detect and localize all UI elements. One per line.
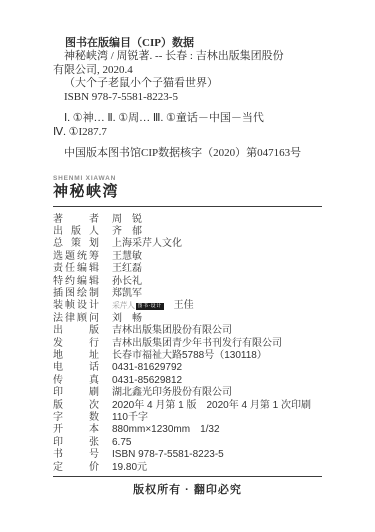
cip-catalog-paragraph: 神秘峡湾 / 周锐著. -- 长春 : 吉林出版集团股份 有限公司, 2020.… — [53, 50, 322, 104]
row-legal-counsel: 法律顾问 刘 畅 — [53, 313, 322, 325]
copyright-notice: 版权所有 · 翻印必究 — [53, 484, 322, 497]
row-label: 出版人 — [53, 226, 99, 238]
row-value: 6.75 — [112, 437, 131, 449]
row-label: 插图绘制 — [53, 288, 99, 300]
row-label: 法律顾问 — [53, 313, 99, 325]
row-topic-coordinator: 选题统筹 王慧敏 — [53, 251, 322, 263]
row-value: 0431-81629792 — [112, 362, 182, 374]
row-author: 著者 周 锐 — [53, 214, 322, 226]
row-telephone: 电话 0431-81629792 — [53, 362, 322, 374]
cip-header: 图书在版编目（CIP）数据 — [53, 36, 322, 50]
row-value: 吉林出版集团股份有限公司 — [112, 325, 232, 337]
row-value: 湖北鑫光印务股份有限公司 — [112, 387, 232, 399]
row-value: 齐 郁 — [112, 226, 142, 238]
row-label: 书号 — [53, 449, 99, 461]
cip-line-series: （大个子老鼠小个子猫看世界） — [53, 77, 322, 91]
cip-line-publisher-year: 有限公司, 2020.4 — [53, 64, 322, 78]
row-sheets: 印张 6.75 — [53, 437, 322, 449]
colophon-list: 著者 周 锐 出版人 齐 郁 总策划 上海采芹人文化 选题统筹 王慧敏 责任编辑… — [53, 214, 322, 475]
row-value: ISBN 978-7-5581-8223-5 — [112, 449, 224, 461]
row-value: 110千字 — [112, 412, 148, 424]
row-value: 19.80元 — [112, 462, 147, 474]
row-value: 周 锐 — [112, 214, 142, 226]
row-label: 开本 — [53, 424, 99, 436]
row-label: 定价 — [53, 462, 99, 474]
row-value: 郑凯军 — [112, 288, 142, 300]
row-value: 吉林出版集团青少年书刊发行有限公司 — [112, 338, 282, 350]
row-value: 王红磊 — [112, 263, 142, 275]
row-value: 880mm×1230mm 1/32 — [112, 424, 220, 436]
row-label: 电话 — [53, 362, 99, 374]
masthead: SHENMI XIAWAN 神秘峡湾 — [53, 175, 322, 207]
row-word-count: 字数 110千字 — [53, 412, 322, 424]
row-label: 特约编辑 — [53, 276, 99, 288]
row-label: 责任编辑 — [53, 263, 99, 275]
row-label: 地址 — [53, 350, 99, 362]
row-design: 装帧设计 采芹人 图书·设计 王佳 — [53, 300, 322, 312]
row-value: 刘 畅 — [112, 313, 142, 325]
row-label: 版次 — [53, 400, 99, 412]
row-label: 出版 — [53, 325, 99, 337]
cip-classification-paragraph: Ⅰ. ①神… Ⅱ. ①周… Ⅲ. ①童话－中国－当代 Ⅳ. ①I287.7 — [53, 112, 322, 139]
row-isbn: 书号 ISBN 978-7-5581-8223-5 — [53, 449, 322, 461]
row-label: 装帧设计 — [53, 300, 99, 312]
row-label: 发行 — [53, 338, 99, 350]
design-studio-badge: 图书·设计 — [136, 303, 164, 310]
cip-line-title-author: 神秘峡湾 / 周锐著. -- 长春 : 吉林出版集团股份 — [53, 50, 322, 64]
row-value: 0431-85629812 — [112, 375, 182, 387]
row-publisher: 出版 吉林出版集团股份有限公司 — [53, 325, 322, 337]
row-responsible-editor: 责任编辑 王红磊 — [53, 263, 322, 275]
row-label: 印张 — [53, 437, 99, 449]
row-value: 上海采芹人文化 — [112, 238, 182, 250]
cip-line-class-1: Ⅰ. ①神… Ⅱ. ①周… Ⅲ. ①童话－中国－当代 — [53, 112, 322, 126]
row-distributor: 发行 吉林出版集团青少年书刊发行有限公司 — [53, 338, 322, 350]
row-label: 字数 — [53, 412, 99, 424]
cip-line-isbn: ISBN 978-7-5581-8223-5 — [53, 91, 322, 105]
designer-name: 王佳 — [174, 300, 194, 312]
cip-line-class-2: Ⅳ. ①I287.7 — [53, 126, 322, 140]
row-label: 传真 — [53, 375, 99, 387]
row-edition: 版次 2020年 4 月第 1 版 2020年 4 月第 1 次印刷 — [53, 400, 322, 412]
row-value: 长春市福祉大路5788号（130118） — [112, 350, 267, 362]
row-price: 定价 19.80元 — [53, 462, 322, 474]
cip-record-number: 中国版本图书馆CIP数据核字（2020）第047163号 — [53, 147, 322, 161]
copyright-page: 图书在版编目（CIP）数据 神秘峡湾 / 周锐著. -- 长春 : 吉林出版集团… — [0, 0, 375, 532]
row-format: 开本 880mm×1230mm 1/32 — [53, 424, 322, 436]
row-chief-planner: 总策划 上海采芹人文化 — [53, 238, 322, 250]
book-title: 神秘峡湾 — [53, 183, 322, 200]
row-address: 地址 长春市福祉大路5788号（130118） — [53, 350, 322, 362]
row-label: 印刷 — [53, 387, 99, 399]
row-contributing-editor: 特约编辑 孙长礼 — [53, 276, 322, 288]
row-value: 2020年 4 月第 1 版 2020年 4 月第 1 次印刷 — [112, 400, 311, 412]
row-value: 王慧敏 — [112, 251, 142, 263]
row-label: 选题统筹 — [53, 251, 99, 263]
design-studio-logo: 采芹人 — [112, 300, 135, 312]
row-value: 孙长礼 — [112, 276, 142, 288]
footer-rule — [53, 476, 322, 477]
row-value: 采芹人 图书·设计 王佳 — [112, 300, 194, 312]
cip-block: 图书在版编目（CIP）数据 神秘峡湾 / 周锐著. -- 长春 : 吉林出版集团… — [53, 36, 322, 161]
row-publisher-person: 出版人 齐 郁 — [53, 226, 322, 238]
row-illustrator: 插图绘制 郑凯军 — [53, 288, 322, 300]
row-printer: 印刷 湖北鑫光印务股份有限公司 — [53, 387, 322, 399]
row-label: 总策划 — [53, 238, 99, 250]
row-label: 著者 — [53, 214, 99, 226]
row-fax: 传真 0431-85629812 — [53, 375, 322, 387]
romanized-title: SHENMI XIAWAN — [53, 175, 322, 183]
